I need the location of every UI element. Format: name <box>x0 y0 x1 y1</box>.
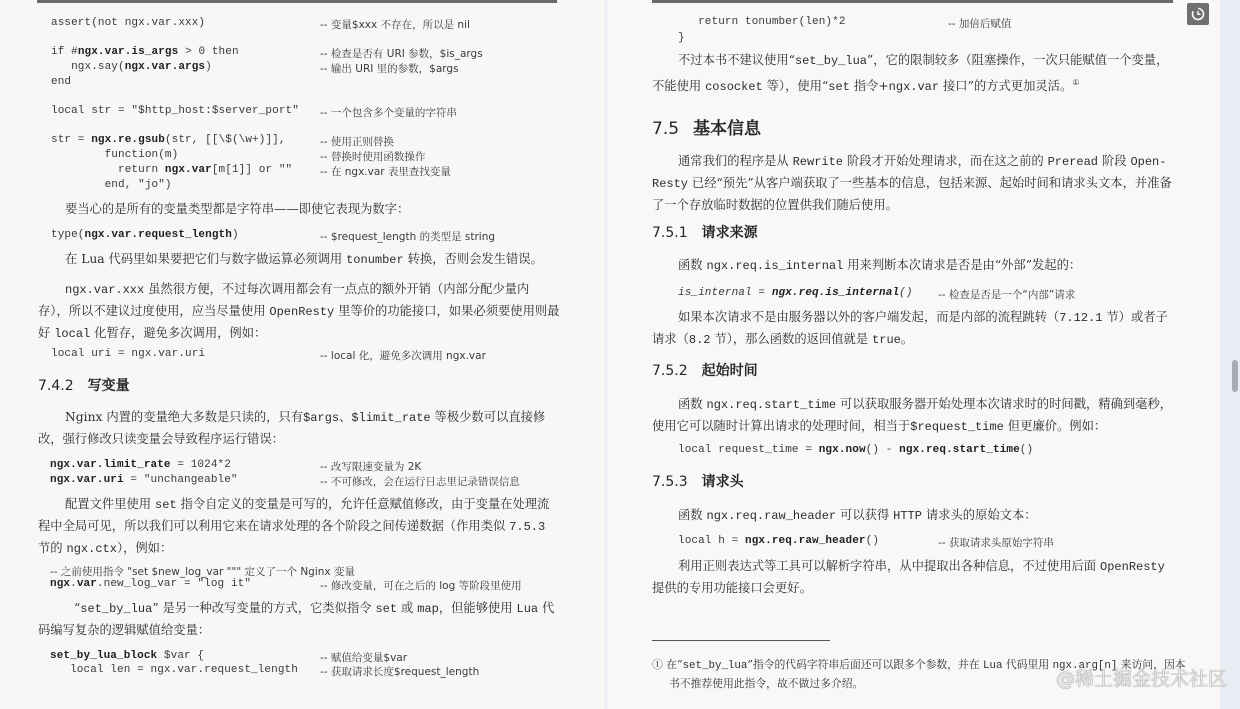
inline-code: ngx.var.xxx <box>65 283 144 297</box>
code-bold: var <box>77 578 97 590</box>
code-bold: ngx <box>50 578 70 590</box>
inline-code: Preread <box>1048 155 1098 169</box>
paragraph: ngx.var.xxx 虽然很方便，不过每次调用都会有一点点的额外开销（内部分配… <box>38 279 560 345</box>
footnote-rule <box>652 640 830 641</box>
watermark: @稀土掘金技术社区 <box>1056 664 1227 691</box>
inline-code: local <box>54 327 90 341</box>
code-comment: -- 修改变量，可在之后的 log 等阶段里使用 <box>320 578 522 593</box>
inline-code: ngx.ctx <box>67 542 117 556</box>
paragraph: 通常我们的程序是从 Rewrite 阶段才开始处理请求，而在这之前的 Prere… <box>652 151 1177 216</box>
code-bold: ngx.re.gsub <box>91 134 165 146</box>
code-comment: -- 变量$xxx 不存在，所以是 nil <box>320 17 470 32</box>
code-text: [m[1]] or "" <box>212 164 292 176</box>
paragraph: 配置文件里使用 set 指令自定义的变量是可写的，允许任意赋值修改，由于变量在处… <box>38 494 560 560</box>
code-line: str = ngx.re.gsub(str, [[\$(\w+)]], <box>51 134 286 146</box>
code-comment: -- 赋值给变量$var <box>320 650 407 665</box>
code-bold: ngx.var <box>165 164 212 176</box>
code-line: type(ngx.var.request_length) <box>51 229 239 241</box>
paragraph: 函数 ngx.req.is_internal 用来判断本次请求是否是由“外部”发… <box>652 255 1177 277</box>
code-text: () <box>899 287 912 299</box>
code-comment: -- 获取请求长度$request_length <box>320 664 479 679</box>
code-text: is_internal = <box>678 287 772 299</box>
inline-code: ngx.req.is_internal <box>707 259 844 273</box>
paragraph: Nginx 内置的变量绝大多数是只读的，只有$args、$limit_rate … <box>38 407 560 450</box>
code-text: $var { <box>157 650 204 662</box>
code-comment: -- local 化，避免多次调用 ngx.var <box>320 348 486 363</box>
code-comment: -- 使用正则替换 <box>320 134 394 149</box>
text: 阶段 <box>1098 154 1130 168</box>
text: 。 <box>901 332 913 346</box>
code-bold: ngx.req.start_time <box>899 444 1020 456</box>
section-title: 写变量 <box>88 378 130 394</box>
code-line: } <box>678 32 685 44</box>
text: 、 <box>339 410 351 424</box>
history-button[interactable] <box>1187 3 1209 25</box>
code-bold: ngx.var.args <box>125 61 205 73</box>
inline-code: ngx.req.raw_header <box>707 509 837 523</box>
code-line: end <box>51 76 71 88</box>
text: 化暂存，避免多次调用，例如： <box>90 326 266 340</box>
text: ” 是另一种改写变量的方式，它类似指令 <box>152 601 375 615</box>
code-text: = 1024*2 <box>171 459 231 471</box>
paragraph: “set_by_lua” 是另一种改写变量的方式，它类似指令 set 或 map… <box>38 598 560 641</box>
code-text: (str, [[\$(\w+)]], <box>165 134 286 146</box>
text: 请求头的原始文本： <box>922 508 1037 522</box>
text: ），例如： <box>117 541 172 555</box>
inline-code: set <box>375 602 397 616</box>
code-text: return <box>51 164 165 176</box>
code-line: ngx.var.limit_rate = 1024*2 <box>50 459 231 471</box>
text: 函数 <box>678 508 707 522</box>
section-number: 7.5.1 <box>652 225 688 241</box>
text: 指令+ <box>850 79 889 93</box>
right-book-page: return tonumber(len)*2 -- 加倍后赋值 } 不过本书不建… <box>608 0 1220 709</box>
code-line: local str = "$http_host:$server_port" <box>51 105 299 117</box>
inline-code: set_by_lua <box>795 54 867 68</box>
inline-code: $request_time <box>910 420 1004 434</box>
section-number: 7.4.2 <box>38 378 74 394</box>
footnote-ref[interactable]: ① <box>1072 78 1079 87</box>
section-heading-7-4-2: 7.4.2写变量 <box>38 375 130 395</box>
paragraph: 利用正则表达式等工具可以解析字符串，从中提取出各种信息，不过使用后面 OpenR… <box>652 556 1177 599</box>
vertical-scrollbar[interactable] <box>1220 0 1240 709</box>
code-text: . <box>70 578 77 590</box>
inline-code: set <box>828 80 850 94</box>
code-line: local len = ngx.var.request_length <box>50 664 298 676</box>
text: 已经“预先”从客户端获取了一些基本的信息，包括来源、起始时间和请求头文本，并准备… <box>652 176 1172 212</box>
inline-code: Lua <box>983 660 1002 672</box>
text: 在“ <box>666 658 682 671</box>
footnote-mark: ① <box>652 658 663 671</box>
code-text: local request_time = <box>678 444 819 456</box>
section-title: 起始时间 <box>702 363 758 379</box>
code-line: if #ngx.var.is_args > 0 then <box>51 46 239 58</box>
code-text: local h = <box>678 535 745 547</box>
inline-code: $limit_rate <box>351 411 430 425</box>
section-title: 请求头 <box>702 474 744 490</box>
text: 不过本书不建议使用“ <box>678 53 795 67</box>
text: 阶段才开始处理请求，而在这之前的 <box>843 154 1048 168</box>
text: Nginx 内置的变量绝大多数是只读的，只有 <box>65 410 303 424</box>
code-text: .new_log_var = "log it" <box>97 578 251 590</box>
text: 或 <box>397 601 417 615</box>
code-bold: ngx.now <box>819 444 866 456</box>
text: 如果本次请求不是由服务器以外的客户端发起，而是内部的流程跳转（ <box>678 310 1059 324</box>
code-bold: ngx.var.is_args <box>78 46 179 58</box>
code-line: ngx.var.new_log_var = "log it" <box>50 578 251 590</box>
text: 提供的专用功能接口会更好。 <box>652 581 812 595</box>
section-title: 请求来源 <box>702 225 758 241</box>
code-text: ) <box>232 229 239 241</box>
inline-code: Rewrite <box>793 155 843 169</box>
code-line: return tonumber(len)*2 <box>678 16 846 28</box>
text: 节），那么函数的返回值就是 <box>711 332 873 346</box>
code-comment: -- 检查是否有 URI 参数，$is_args <box>320 46 483 61</box>
page-top-rule <box>37 0 557 3</box>
section-heading-7-5-1: 7.5.1请求来源 <box>652 222 758 242</box>
inline-code: ngx.var <box>889 80 939 94</box>
code-line: is_internal = ngx.req.is_internal() <box>678 287 913 299</box>
code-bold: ngx.req.is_internal <box>772 287 899 299</box>
code-text: if # <box>51 46 78 58</box>
inline-code: set_by_lua <box>80 602 152 616</box>
text: 通常我们的程序是从 <box>678 154 793 168</box>
text: ”指令的代码字符串后面还可以跟多个参数，并在 <box>747 658 983 671</box>
text: 可以获得 <box>836 508 893 522</box>
code-line: function(m) <box>51 149 178 161</box>
inline-code: true <box>872 333 901 347</box>
section-number: 7.5.2 <box>652 363 688 379</box>
text: 函数 <box>678 397 707 411</box>
text: 等），使用“ <box>763 79 829 93</box>
history-icon <box>1191 7 1205 21</box>
code-comment: -- $request_length 的类型是 string <box>320 229 495 244</box>
code-text: type( <box>51 229 85 241</box>
inline-code: HTTP <box>893 509 922 523</box>
code-text: str = <box>51 134 91 146</box>
section-number: 7.5.3 <box>652 474 688 490</box>
section-title: 基本信息 <box>693 119 761 139</box>
text: 利用正则表达式等工具可以解析字符串，从中提取出各种信息，不过使用后面 <box>678 559 1100 573</box>
code-bold: ngx.var.request_length <box>85 229 232 241</box>
section-heading-7-5-2: 7.5.2起始时间 <box>652 360 758 380</box>
text: ，但能够使用 <box>439 601 517 615</box>
inline-code: cosocket <box>705 80 763 94</box>
code-bold: ngx.var.uri <box>50 474 124 486</box>
code-comment: -- 一个包含多个变量的字符串 <box>320 105 457 120</box>
code-comment: -- 改写限速变量为 2K <box>320 459 421 474</box>
paragraph: 函数 ngx.req.raw_header 可以获得 HTTP 请求头的原始文本… <box>652 505 1177 527</box>
paragraph: 不过本书不建议使用“set_by_lua”，它的限制较多（阻塞操作，一次只能赋值… <box>652 50 1177 98</box>
text: 节的 <box>38 541 67 555</box>
text: 接口”的方式更加灵活。 <box>939 79 1072 93</box>
code-comment: -- 替换时使用函数操作 <box>320 149 425 164</box>
text: 用来判断本次请求是否是由“外部”发起的： <box>843 258 1081 272</box>
inline-code: set_by_lua <box>683 660 748 672</box>
inline-code: $args <box>303 411 339 425</box>
left-book-page: assert(not ngx.var.xxx) -- 变量$xxx 不存在，所以… <box>0 0 604 709</box>
code-bold: ngx.req.raw_header <box>745 535 866 547</box>
code-comment-line: -- 之前使用指令 "set $new_log_var """ 定义了一个 Ng… <box>50 564 355 579</box>
code-comment: -- 在 ngx.var 表里查找变量 <box>320 164 451 179</box>
inline-code: 8.2 <box>689 333 711 347</box>
code-line: local uri = ngx.var.uri <box>51 348 205 360</box>
inline-code: OpenResty <box>269 305 334 319</box>
code-line: end, "jo") <box>51 179 172 191</box>
paragraph: 如果本次请求不是由服务器以外的客户端发起，而是内部的流程跳转（7.12.1 节）… <box>652 307 1177 351</box>
section-heading-7-5-3: 7.5.3请求头 <box>652 471 744 491</box>
code-comment: -- 输出 URI 里的参数，$args <box>320 61 459 76</box>
code-comment: -- 加倍后赋值 <box>948 16 1011 31</box>
section-heading-7-5: 7.5基本信息 <box>652 114 761 139</box>
code-text: () - <box>866 444 900 456</box>
code-text: () <box>866 535 879 547</box>
scrollbar-thumb[interactable] <box>1232 360 1238 392</box>
text: 但更廉价。例如： <box>1004 419 1106 433</box>
code-line: ngx.say(ngx.var.args) <box>51 61 212 73</box>
text: 配置文件里使用 <box>65 497 155 511</box>
code-bold: set_by_lua_block <box>50 650 157 662</box>
code-bold: ngx.var.limit_rate <box>50 459 171 471</box>
code-comment: -- 检查是否是一个“内部”请求 <box>938 287 1075 302</box>
code-text: > 0 then <box>178 46 238 58</box>
inline-code: map <box>417 602 439 616</box>
code-text: ) <box>205 61 212 73</box>
code-comment: -- 获取请求头原始字符串 <box>938 535 1054 550</box>
inline-code: 7.5.3 <box>509 520 545 534</box>
page-top-rule <box>652 0 1173 3</box>
text: 代码里用 <box>1003 658 1053 671</box>
paragraph: 在 Lua 代码里如果要把它们与数字做运算必须调用 tonumber 转换，否则… <box>38 249 560 271</box>
inline-code: set <box>155 498 177 512</box>
inline-code: 7.12.1 <box>1059 311 1102 325</box>
code-comment: -- 不可修改，会在运行日志里记录错误信息 <box>320 474 520 489</box>
code-line: return ngx.var[m[1]] or "" <box>51 164 292 176</box>
text: 函数 <box>678 258 707 272</box>
paragraph: 函数 ngx.req.start_time 可以获取服务器开始处理本次请求时的时… <box>652 394 1177 438</box>
paragraph: 要当心的是所有的变量类型都是字符串——即使它表现为数字： <box>38 199 560 220</box>
code-text: () <box>1020 444 1033 456</box>
text: 转换，否则会发生错误。 <box>404 252 543 266</box>
code-line: assert(not ngx.var.xxx) <box>51 17 205 29</box>
code-line: local h = ngx.req.raw_header() <box>678 535 879 547</box>
code-line: ngx.var.uri = "unchangeable" <box>50 474 238 486</box>
inline-code: Lua <box>517 602 539 616</box>
inline-code: ngx.req.start_time <box>707 398 837 412</box>
code-line: set_by_lua_block $var { <box>50 650 204 662</box>
code-text: ngx.say( <box>51 61 125 73</box>
inline-code: tonumber <box>346 253 404 267</box>
inline-code: OpenResty <box>1100 560 1165 574</box>
section-number: 7.5 <box>652 119 679 139</box>
code-line: local request_time = ngx.now() - ngx.req… <box>678 444 1033 456</box>
text: 在 Lua 代码里如果要把它们与数字做运算必须调用 <box>65 252 346 266</box>
code-text: = "unchangeable" <box>124 474 238 486</box>
